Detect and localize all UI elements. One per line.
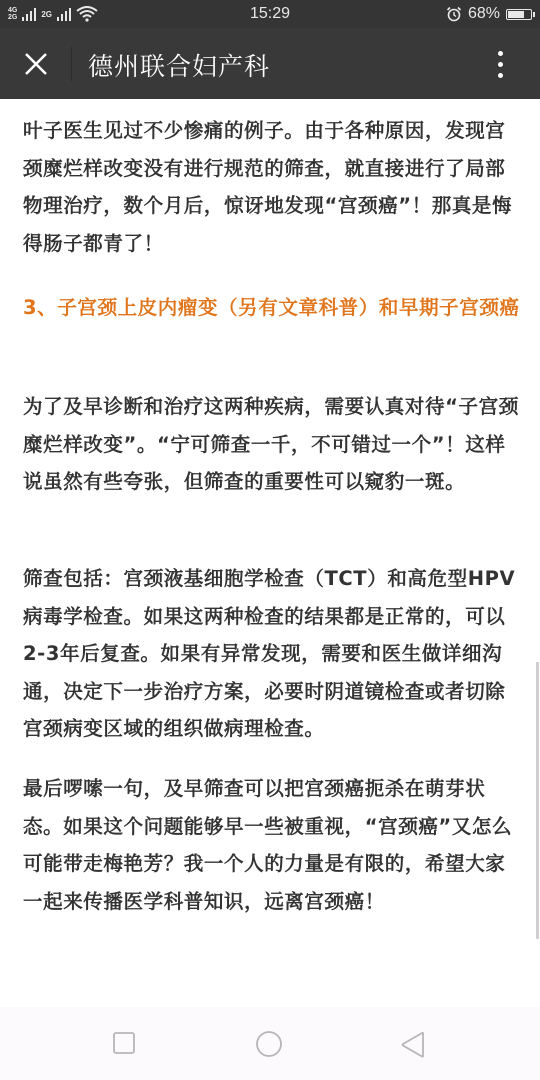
article-content[interactable]: 叶子医生见过不少惨痛的例子。由于各种原因，发现宫颈糜烂样改变没有进行规范的筛查，… (0, 99, 540, 1000)
more-vertical-icon (498, 51, 503, 56)
scrollbar[interactable] (536, 662, 539, 939)
close-icon (24, 52, 48, 76)
header-divider (71, 47, 72, 81)
article-paragraph: 筛查包括：宫颈液基细胞学检查（TCT）和高危型HPV病毒学检查。如果这两种检查的… (23, 560, 523, 748)
header-bar: 德州联合妇产科 (0, 28, 540, 99)
page-title: 德州联合妇产科 (88, 47, 270, 83)
alarm-icon (446, 6, 462, 22)
article-paragraph: 叶子医生见过不少惨痛的例子。由于各种原因，发现宫颈糜烂样改变没有进行规范的筛查，… (23, 112, 523, 262)
more-dot (498, 62, 503, 67)
more-dot (498, 73, 503, 78)
system-nav-bar (0, 1007, 540, 1080)
article-paragraph: 为了及早诊断和治疗这两种疾病，需要认真对待“子宫颈糜烂样改变”。“宁可筛查一千，… (23, 388, 523, 501)
square-icon (112, 1031, 136, 1055)
circle-icon (255, 1031, 283, 1059)
triangle-back-icon (400, 1031, 426, 1059)
back-button[interactable] (400, 1031, 426, 1063)
home-button[interactable] (255, 1031, 283, 1063)
close-button[interactable] (18, 46, 54, 82)
battery-icon (506, 9, 532, 20)
battery-percent: 68% (468, 5, 500, 23)
article-section-heading: 3、子宫颈上皮内瘤变（另有文章科普）和早期子宫颈癌 (23, 289, 523, 327)
status-bar: 4G 2G 2G 15:29 68% (0, 0, 540, 28)
status-right: 68% (446, 4, 532, 24)
more-options-button[interactable] (490, 46, 510, 82)
recents-button[interactable] (112, 1031, 136, 1059)
article-paragraph: 最后啰嗦一句，及早筛查可以把宫颈癌扼杀在萌芽状态。如果这个问题能够早一些被重视，… (23, 770, 523, 920)
